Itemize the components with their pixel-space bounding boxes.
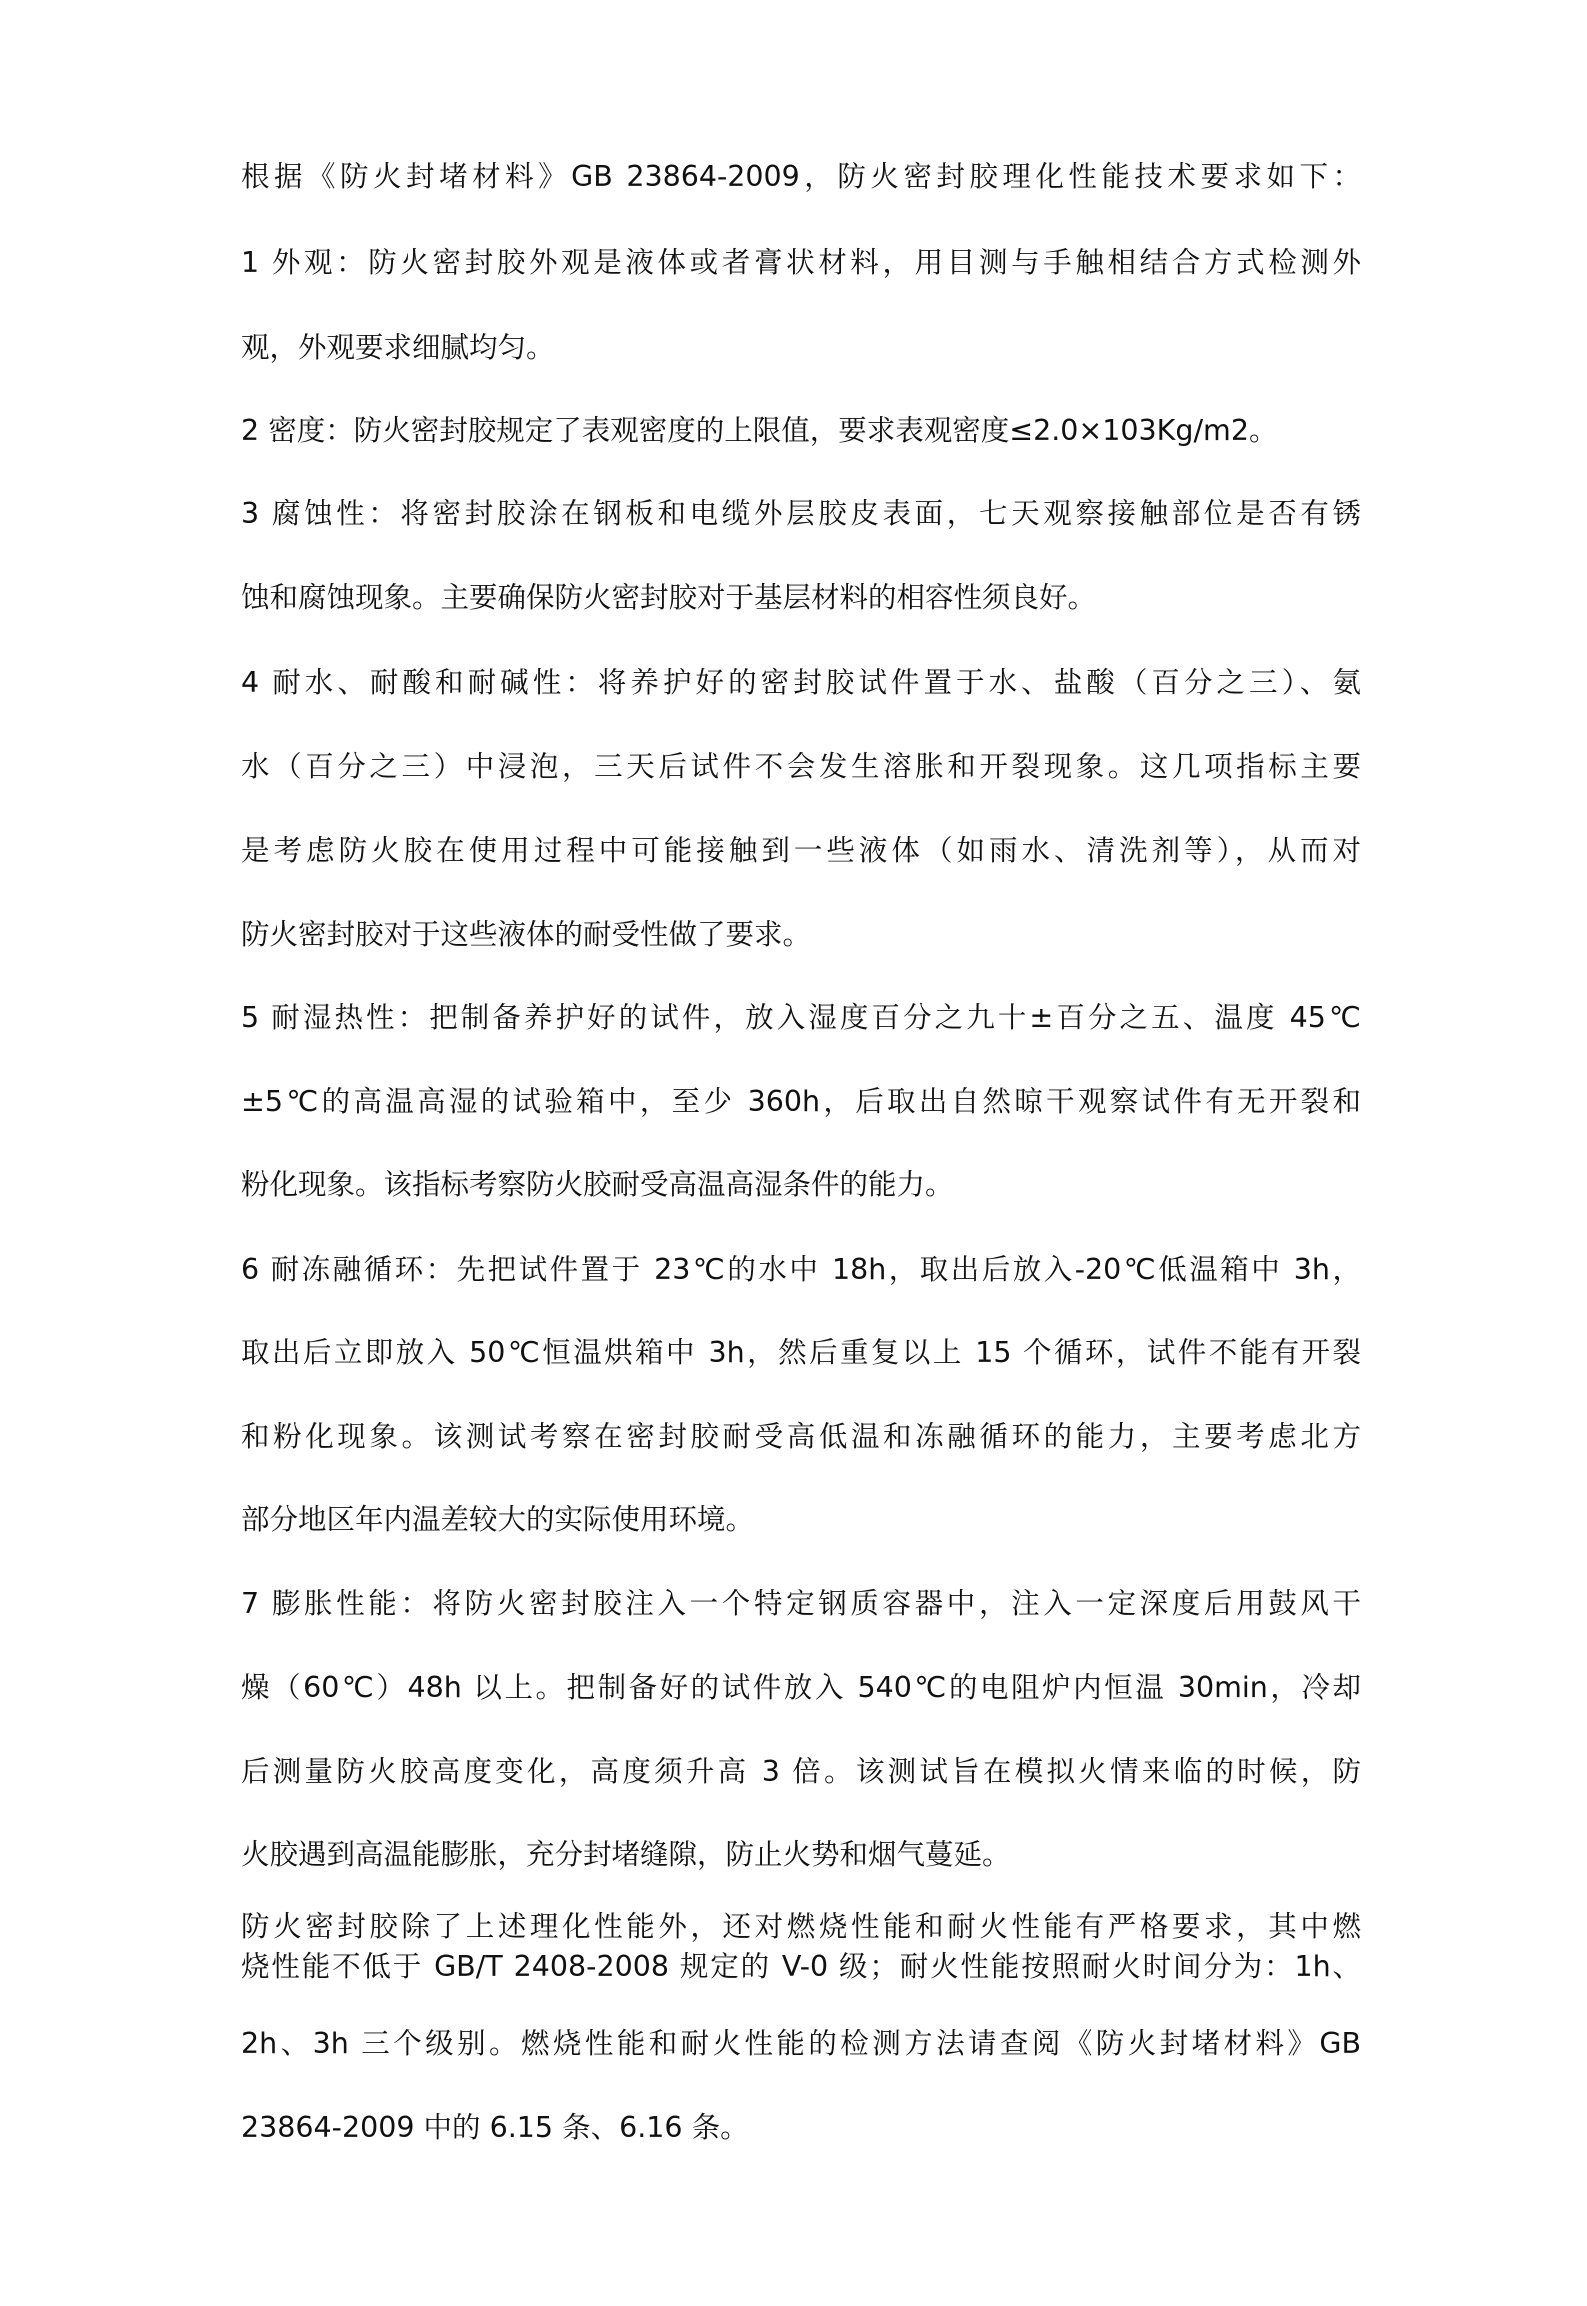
item-2-density-line: 2 密度：防火密封胶规定了表观密度的上限值，要求表观密度≤2.0×103Kg/m… xyxy=(241,411,1361,451)
item-7-expansion-line-4: 火胶遇到高温能膨胀，充分封堵缝隙，防止火势和烟气蔓延。 xyxy=(241,1835,1361,1875)
item-5-damp-heat-line-3: 粉化现象。该指标考察防火胶耐受高温高湿条件的能力。 xyxy=(241,1165,1361,1205)
closing-line-1: 防火密封胶除了上述理化性能外，还对燃烧性能和耐火性能有严格要求，其中燃 xyxy=(241,1907,1361,1947)
item-7-expansion-line-3: 后测量防火胶高度变化，高度须升高 3 倍。该测试旨在模拟火情来临的时候，防 xyxy=(241,1752,1361,1792)
closing-line-4: 23864-2009 中的 6.15 条、6.16 条。 xyxy=(241,2108,1361,2148)
closing-line-3: 2h、3h 三个级别。燃烧性能和耐火性能的检测方法请查阅《防火封堵材料》GB xyxy=(241,2024,1361,2064)
item-4-resistance-line-3: 是考虑防火胶在使用过程中可能接触到一些液体（如雨水、清洗剂等），从而对 xyxy=(241,831,1361,871)
closing-line-2: 烧性能不低于 GB/T 2408-2008 规定的 V-0 级；耐火性能按照耐火… xyxy=(241,1947,1361,1987)
item-3-corrosion-line-1: 3 腐蚀性：将密封胶涂在钢板和电缆外层胶皮表面，七天观察接触部位是否有锈 xyxy=(241,494,1361,534)
item-4-resistance-line-4: 防火密封胶对于这些液体的耐受性做了要求。 xyxy=(241,915,1361,955)
item-7-expansion-line-1: 7 膨胀性能：将防火密封胶注入一个特定钢质容器中，注入一定深度后用鼓风干 xyxy=(241,1584,1361,1624)
item-5-damp-heat-line-1: 5 耐湿热性：把制备养护好的试件，放入湿度百分之九十±百分之五、温度 45℃ xyxy=(241,998,1361,1038)
item-6-freeze-thaw-line-3: 和粉化现象。该测试考察在密封胶耐受高低温和冻融循环的能力，主要考虑北方 xyxy=(241,1417,1361,1457)
item-6-freeze-thaw-line-2: 取出后立即放入 50℃恒温烘箱中 3h，然后重复以上 15 个循环，试件不能有开… xyxy=(241,1333,1361,1373)
item-4-resistance-line-2: 水（百分之三）中浸泡，三天后试件不会发生溶胀和开裂现象。这几项指标主要 xyxy=(241,747,1361,787)
item-1-appearance-line-2: 观，外观要求细腻均匀。 xyxy=(241,328,1361,368)
item-7-expansion-line-2: 燥（60℃）48h 以上。把制备好的试件放入 540℃的电阻炉内恒温 30min… xyxy=(241,1668,1361,1708)
item-1-appearance-line-1: 1 外观：防火密封胶外观是液体或者膏状材料，用目测与手触相结合方式检测外 xyxy=(241,243,1361,283)
intro-line: 根据《防火封堵材料》GB 23864-2009，防火密封胶理化性能技术要求如下： xyxy=(241,157,1361,197)
item-6-freeze-thaw-line-1: 6 耐冻融循环：先把试件置于 23℃的水中 18h，取出后放入-20℃低温箱中 … xyxy=(241,1250,1361,1290)
item-5-damp-heat-line-2: ±5℃的高温高湿的试验箱中，至少 360h，后取出自然晾干观察试件有无开裂和 xyxy=(241,1082,1361,1122)
document-page: 根据《防火封堵材料》GB 23864-2009，防火密封胶理化性能技术要求如下：… xyxy=(0,0,1587,2306)
item-6-freeze-thaw-line-4: 部分地区年内温差较大的实际使用环境。 xyxy=(241,1500,1361,1540)
item-3-corrosion-line-2: 蚀和腐蚀现象。主要确保防火密封胶对于基层材料的相容性须良好。 xyxy=(241,578,1361,618)
item-4-resistance-line-1: 4 耐水、耐酸和耐碱性：将养护好的密封胶试件置于水、盐酸（百分之三）、氨 xyxy=(241,663,1361,703)
